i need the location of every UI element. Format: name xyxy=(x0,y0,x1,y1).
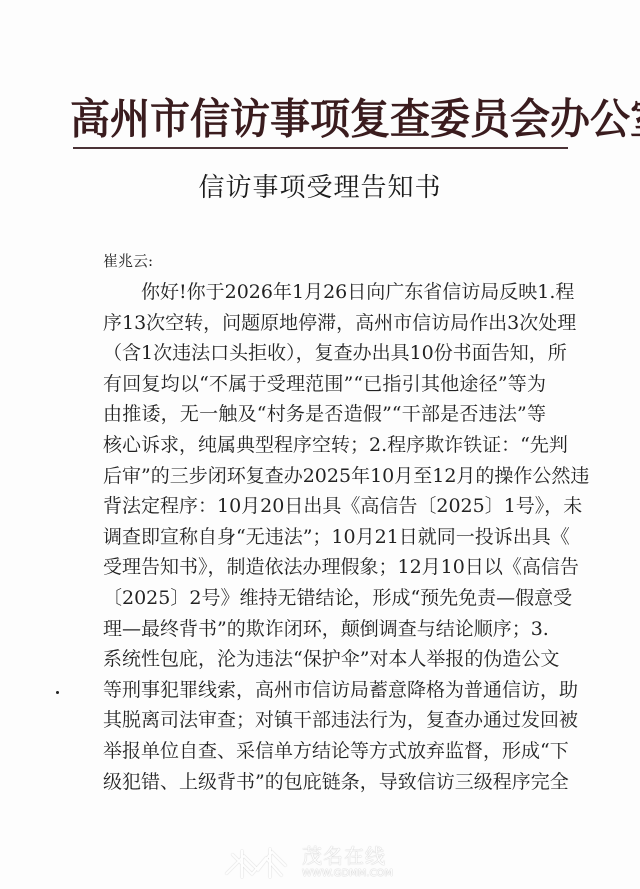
document-title: 信访事项受理告知书 xyxy=(0,172,640,204)
body-line: 〔2025〕2号》维持无错结论，形成“预先免责—假意受 xyxy=(103,583,546,614)
organization-header: 高州市信访事项复查委员会办公室 xyxy=(70,95,570,145)
body-line: 序13次空转，问题原地停滞，高州市信访局作出3次处理 xyxy=(103,308,546,339)
body-line: 核心诉求，纯属典型程序空转；2.程序欺诈铁证：“先判 xyxy=(103,430,546,461)
document-body: 你好!你于2026年1月26日向广东省信访局反映1.程 序13次空转，问题原地停… xyxy=(103,277,546,797)
body-line: 由推诿，无一触及“村务是否造假”“干部是否违法”等 xyxy=(103,399,546,430)
body-line: 等刑事犯罪线索，高州市信访局蓄意降格为普通信访，助 xyxy=(103,675,546,706)
body-line: 你好!你于2026年1月26日向广东省信访局反映1.程 xyxy=(103,277,546,308)
watermark-site-url: WWW.GDMM.COM xyxy=(302,868,393,880)
body-line: 背法定程序：10月20日出具《高信告〔2025〕1号》，未 xyxy=(103,491,546,522)
body-line: 级犯错、上级背书”的包庇链条，导致信访三级程序完全 xyxy=(103,767,546,798)
watermark-site-name: 茂名在线 xyxy=(302,845,386,867)
gdmm-logo-icon xyxy=(222,844,292,882)
header-divider xyxy=(73,147,568,149)
body-line: 系统性包庇，沦为违法“保护伞”对本人举报的伪造公文 xyxy=(103,644,546,675)
salutation: 崔兆云: xyxy=(103,251,153,271)
watermark: 茂名在线 WWW.GDMM.COM xyxy=(222,840,422,885)
body-line: 后审”的三步闭环复查办2025年10月至12月的操作公然违 xyxy=(103,461,546,492)
body-line: （含1次违法口头拒收），复查办出具10份书面告知，所 xyxy=(103,338,546,369)
body-line: 其脱离司法审查；对镇干部违法行为，复查办通过发回被 xyxy=(103,705,546,736)
body-line: 理—最终背书”的欺诈闭环，颠倒调查与结论顺序；3. xyxy=(103,614,546,645)
body-line: 调查即宣称自身“无违法”；10月21日就同一投诉出具《 xyxy=(103,522,546,553)
body-line: 有回复均以“不属于受理范围”“已指引其他途径”等为 xyxy=(103,369,546,400)
document-page: 高州市信访事项复查委员会办公室 信访事项受理告知书 崔兆云: 你好!你于2026… xyxy=(0,0,640,889)
body-line: 举报单位自查、采信单方结论等方式放弃监督，形成“下 xyxy=(103,736,546,767)
body-line: 受理告知书》，制造依法办理假象；12月10日以《高信告 xyxy=(103,552,546,583)
margin-mark xyxy=(56,691,59,694)
